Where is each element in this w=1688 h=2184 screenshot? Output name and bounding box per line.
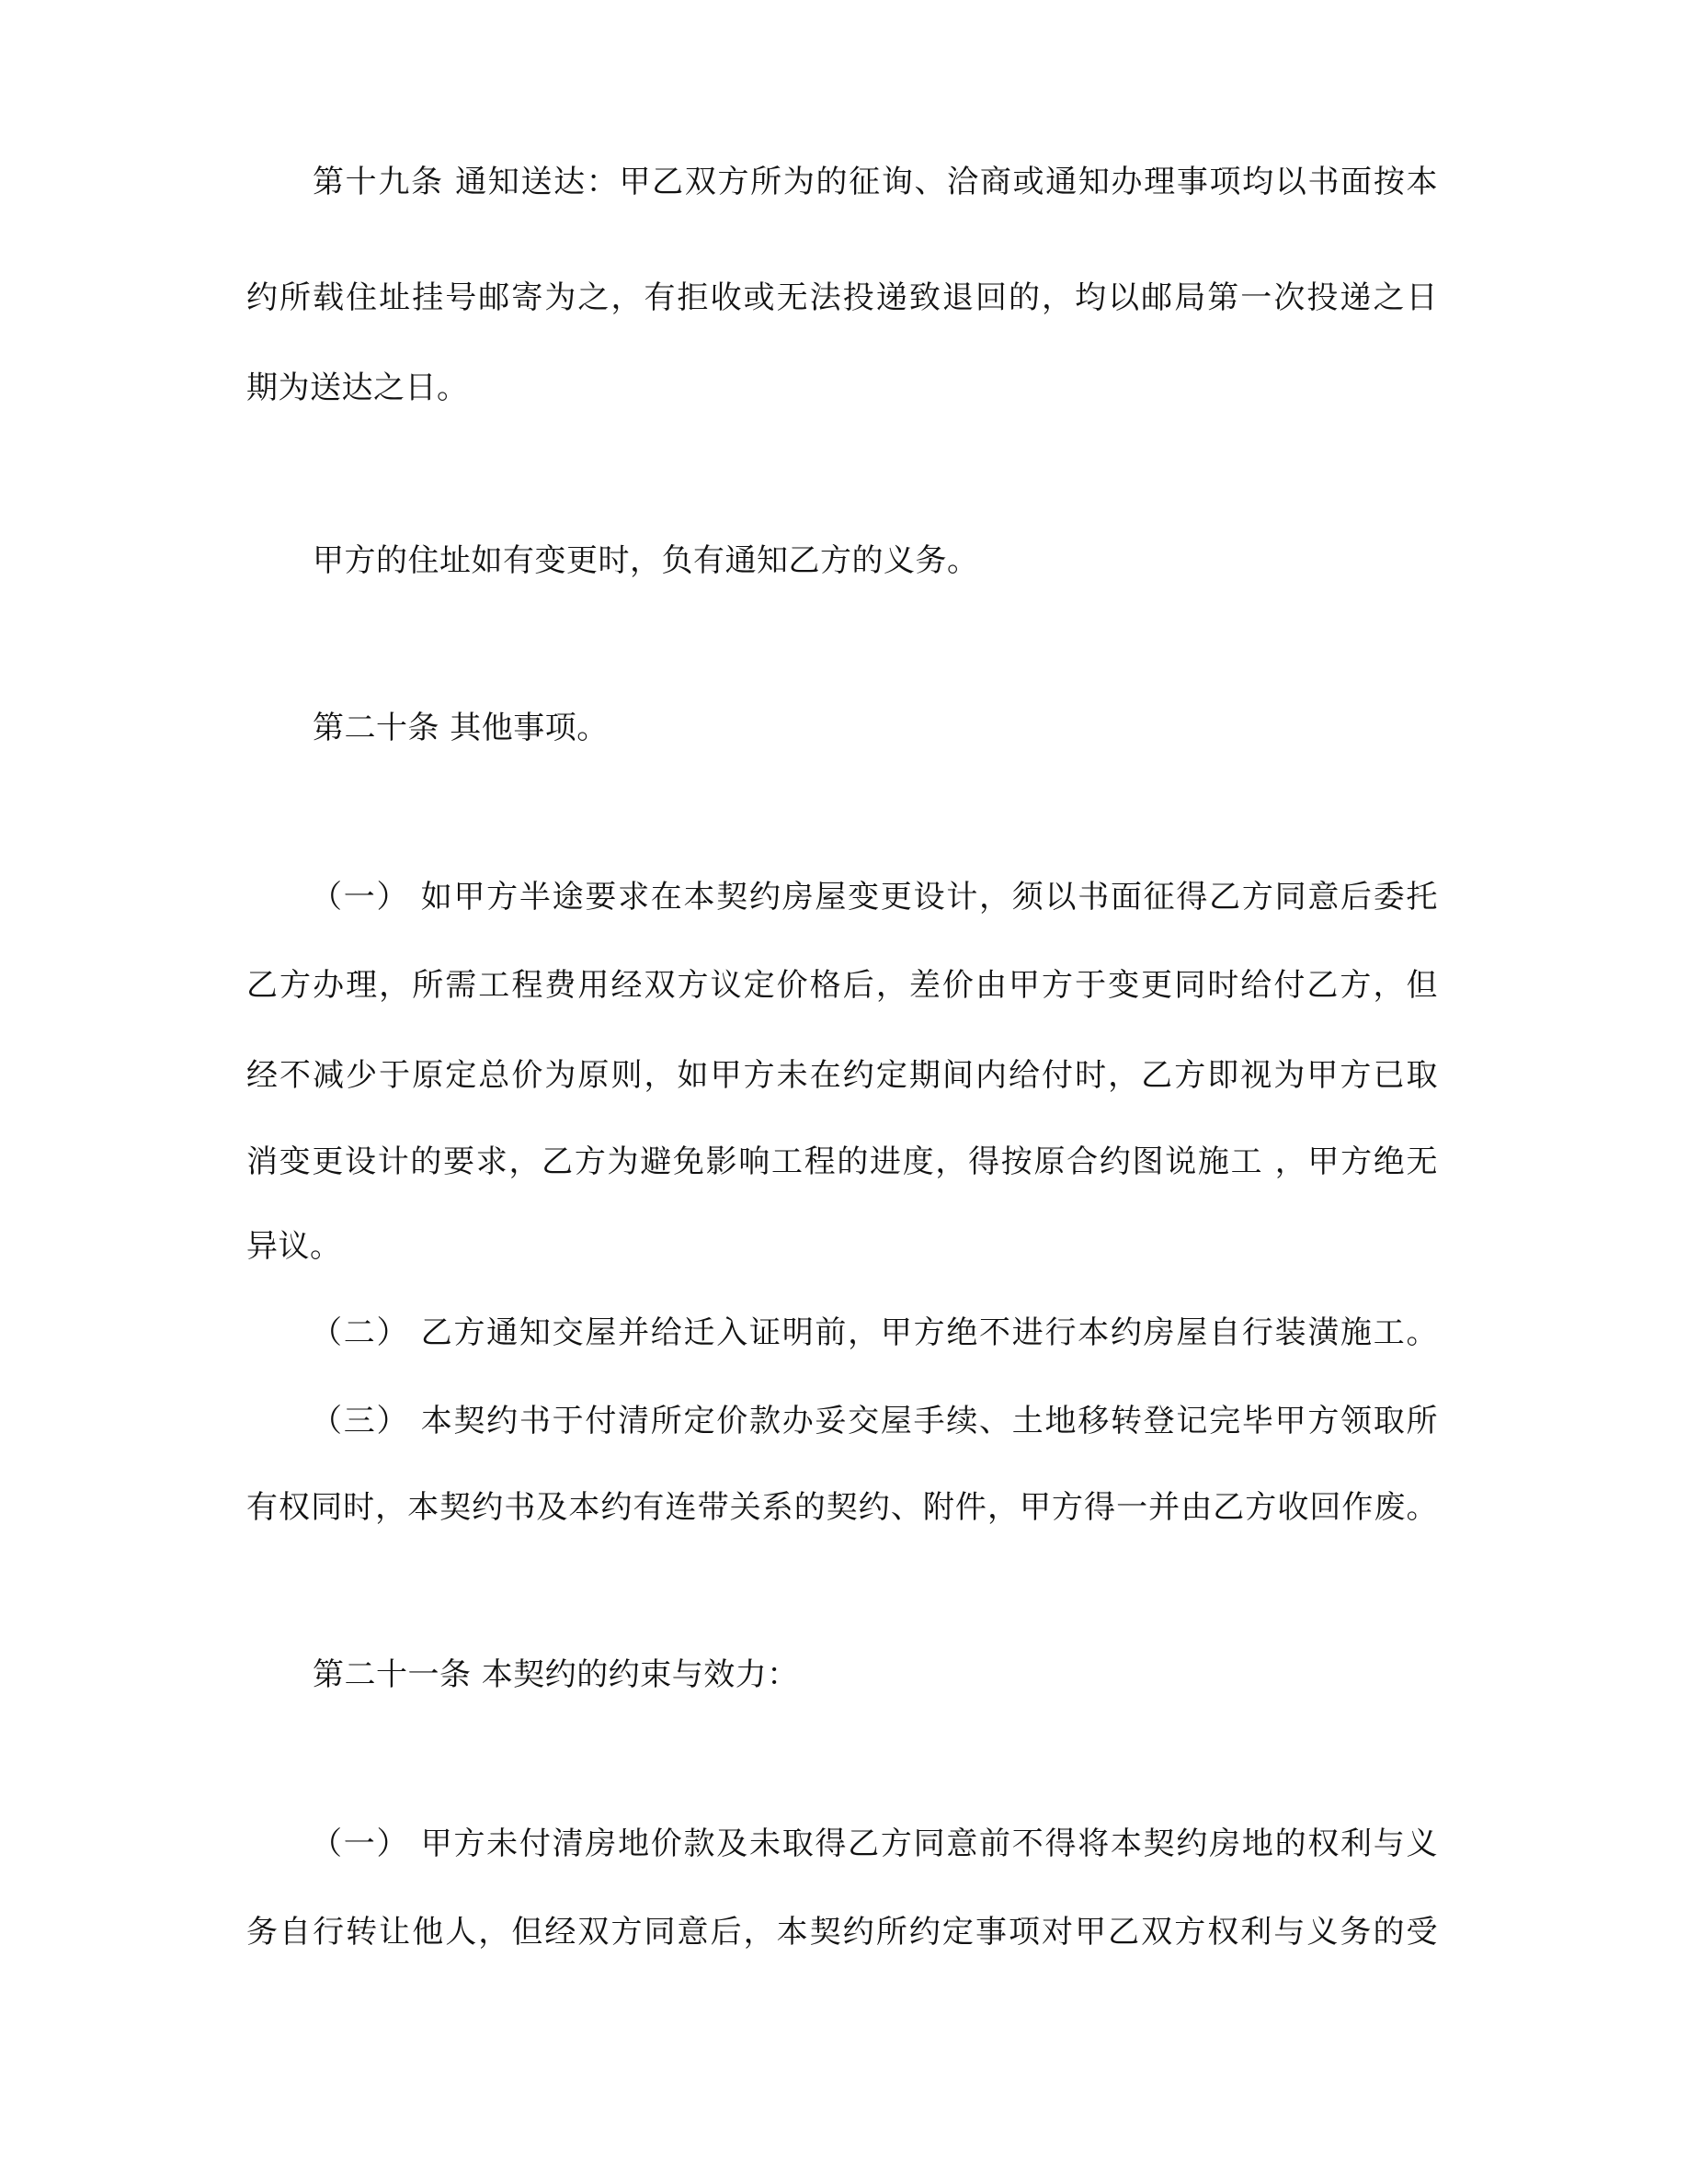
article-20-item-1-line-5: 异议。 <box>246 1228 342 1265</box>
article-19-line-1: 第十九条 通知送达：甲乙双方所为的征询、洽商或通知办理事项均以书面按本 <box>313 164 1438 200</box>
article-20-item-3-line-1: （三） 本契约书于付清所定价款办妥交屋手续、土地移转登记完毕甲方领取所 <box>311 1403 1438 1439</box>
article-20-item-1-line-3: 经不减少于原定总价为原则，如甲方未在约定期间内给付时，乙方即视为甲方已取 <box>246 1057 1438 1094</box>
article-19-line-2: 约所载住址挂号邮寄为之，有拒收或无法投递致退回的，均以邮局第一次投递之日 <box>246 279 1438 316</box>
article-20-item-1-line-4: 消变更设计的要求，乙方为避免影响工程的进度，得按原合约图说施工 ，甲方绝无 <box>246 1143 1438 1180</box>
article-21-heading: 第二十一条 本契约的约束与效力： <box>313 1656 799 1693</box>
article-20-item-2: （二） 乙方通知交屋并给迁入证明前，甲方绝不进行本约房屋自行装潢施工。 <box>311 1314 1438 1351</box>
article-19-line-3: 期为送达之日。 <box>246 370 469 406</box>
article-21-item-1-line-2: 务自行转让他人，但经双方同意后，本契约所约定事项对甲乙双方权利与义务的受 <box>246 1914 1438 1951</box>
address-change-paragraph: 甲方的住址如有变更时，负有通知乙方的义务。 <box>313 542 979 579</box>
article-20-heading: 第二十条 其他事项。 <box>313 710 609 746</box>
document-page: 第十九条 通知送达：甲乙双方所为的征询、洽商或通知办理事项均以书面按本 约所载住… <box>0 0 1688 2184</box>
article-20-item-1-line-1: （一） 如甲方半途要求在本契约房屋变更设计，须以书面征得乙方同意后委托 <box>311 879 1438 916</box>
article-21-item-1-line-1: （一） 甲方未付清房地价款及未取得乙方同意前不得将本契约房地的权利与义 <box>311 1826 1438 1862</box>
article-20-item-1-line-2: 乙方办理，所需工程费用经双方议定价格后，差价由甲方于变更同时给付乙方，但 <box>246 967 1438 1004</box>
article-20-item-3-line-2: 有权同时，本契约书及本约有连带关系的契约、附件，甲方得一并由乙方收回作废。 <box>246 1489 1438 1526</box>
